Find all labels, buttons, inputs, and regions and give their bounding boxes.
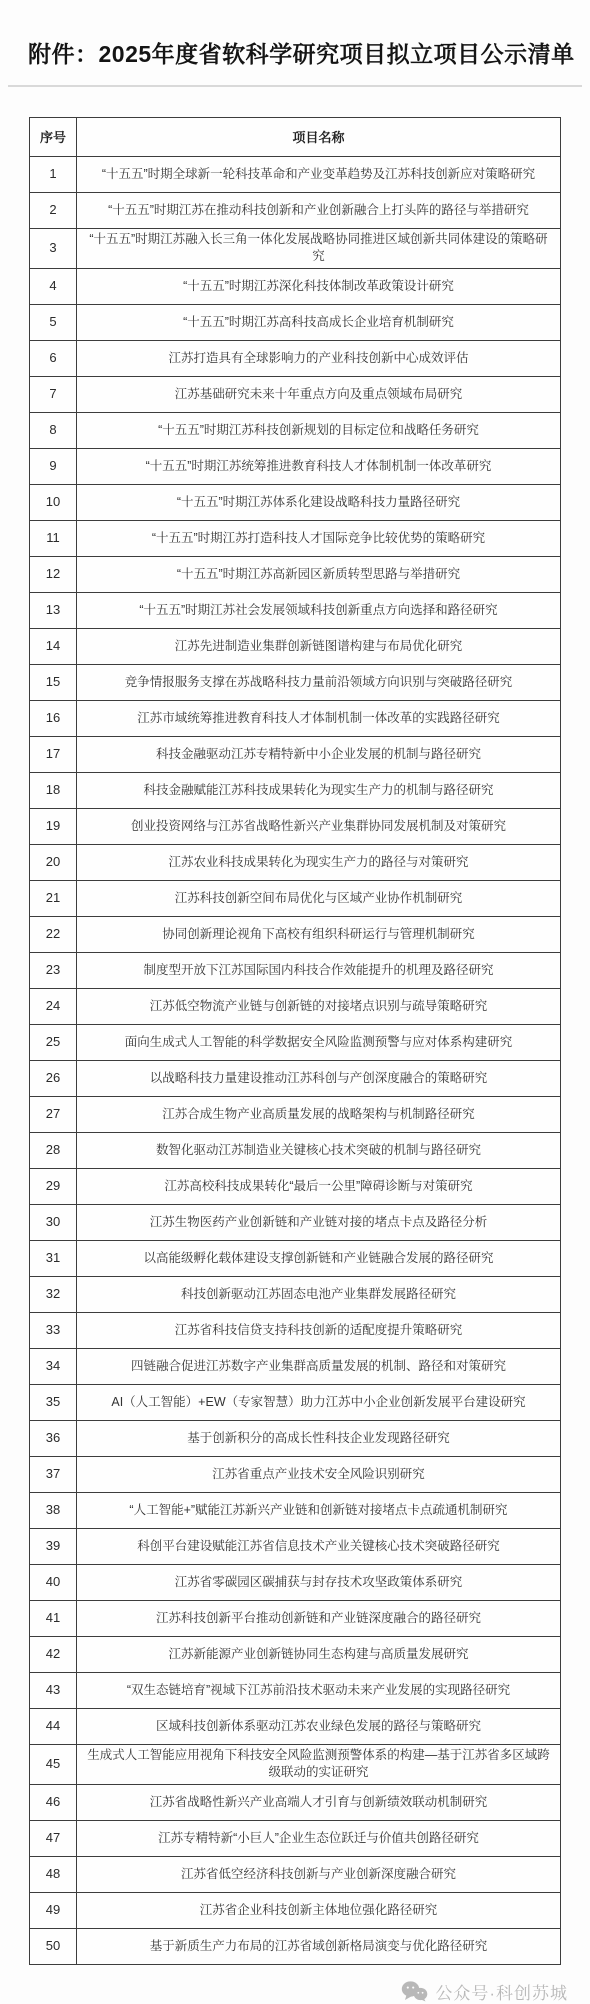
project-name: AI（人工智能）+EW（专家智慧）助力江苏中小企业创新发展平台建设研究 (77, 1384, 561, 1420)
table-row: 9“十五五”时期江苏统筹推进教育科技人才体制机制一体改革研究 (30, 448, 561, 484)
row-number: 1 (30, 156, 77, 192)
table-row: 3“十五五”时期江苏融入长三角一体化发展战略协同推进区域创新共同体建设的策略研究 (30, 228, 561, 268)
table-row: 19创业投资网络与江苏省战略性新兴产业集群协同发展机制及对策研究 (30, 808, 561, 844)
table-row: 2“十五五”时期江苏在推动科技创新和产业创新融合上打头阵的路径与举措研究 (30, 192, 561, 228)
project-name: “十五五”时期江苏科技创新规划的目标定位和战略任务研究 (77, 412, 561, 448)
table-row: 25面向生成式人工智能的科学数据安全风险监测预警与应对体系构建研究 (30, 1024, 561, 1060)
project-name: 江苏省零碳园区碳捕获与封存技术攻坚政策体系研究 (77, 1564, 561, 1600)
project-name: 江苏科技创新空间布局优化与区域产业协作机制研究 (77, 880, 561, 916)
table-row: 42江苏新能源产业创新链协同生态构建与高质量发展研究 (30, 1636, 561, 1672)
row-number: 36 (30, 1420, 77, 1456)
row-number: 29 (30, 1168, 77, 1204)
row-number: 18 (30, 772, 77, 808)
project-name: 科技金融赋能江苏科技成果转化为现实生产力的机制与路径研究 (77, 772, 561, 808)
table-row: 10“十五五”时期江苏体系化建设战略科技力量路径研究 (30, 484, 561, 520)
table-row: 16江苏市域统筹推进教育科技人才体制机制一体改革的实践路径研究 (30, 700, 561, 736)
project-name: “人工智能+”赋能江苏新兴产业链和创新链对接堵点卡点疏通机制研究 (77, 1492, 561, 1528)
table-row: 33江苏省科技信贷支持科技创新的适配度提升策略研究 (30, 1312, 561, 1348)
row-number: 26 (30, 1060, 77, 1096)
row-number: 27 (30, 1096, 77, 1132)
project-name: “十五五”时期江苏深化科技体制改革政策设计研究 (77, 268, 561, 304)
table-row: 22协同创新理论视角下高校有组织科研运行与管理机制研究 (30, 916, 561, 952)
table-row: 43“双生态链培育”视域下江苏前沿技术驱动未来产业发展的实现路径研究 (30, 1672, 561, 1708)
table-row: 40江苏省零碳园区碳捕获与封存技术攻坚政策体系研究 (30, 1564, 561, 1600)
row-number: 19 (30, 808, 77, 844)
table-row: 26以战略科技力量建设推动江苏科创与产创深度融合的策略研究 (30, 1060, 561, 1096)
project-name: 科技金融驱动江苏专精特新中小企业发展的机制与路径研究 (77, 736, 561, 772)
row-number: 42 (30, 1636, 77, 1672)
project-name: “十五五”时期江苏高新园区新质转型思路与举措研究 (77, 556, 561, 592)
watermark-text: 公众号·科创苏城 (435, 1979, 568, 2004)
project-name: 江苏生物医药产业创新链和产业链对接的堵点卡点及路径分析 (77, 1204, 561, 1240)
row-number: 32 (30, 1276, 77, 1312)
row-number: 40 (30, 1564, 77, 1600)
title-divider (8, 85, 582, 87)
project-name: “十五五”时期江苏高科技高成长企业培育机制研究 (77, 304, 561, 340)
row-number: 10 (30, 484, 77, 520)
table-row: 20江苏农业科技成果转化为现实生产力的路径与对策研究 (30, 844, 561, 880)
project-name: 江苏科技创新平台推动创新链和产业链深度融合的路径研究 (77, 1600, 561, 1636)
row-number: 20 (30, 844, 77, 880)
row-number: 9 (30, 448, 77, 484)
row-number: 28 (30, 1132, 77, 1168)
table-row: 48江苏省低空经济科技创新与产业创新深度融合研究 (30, 1856, 561, 1892)
project-name: 江苏专精特新“小巨人”企业生态位跃迁与价值共创路径研究 (77, 1820, 561, 1856)
project-name: 生成式人工智能应用视角下科技安全风险监测预警体系的构建—基于江苏省多区域跨级联动… (77, 1744, 561, 1784)
table-header-row: 序号 项目名称 (30, 117, 561, 156)
row-number: 11 (30, 520, 77, 556)
table-row: 28数智化驱动江苏制造业关键核心技术突破的机制与路径研究 (30, 1132, 561, 1168)
row-number: 14 (30, 628, 77, 664)
project-name: 江苏省企业科技创新主体地位强化路径研究 (77, 1892, 561, 1928)
table-row: 37江苏省重点产业技术安全风险识别研究 (30, 1456, 561, 1492)
row-number: 22 (30, 916, 77, 952)
project-name: 创业投资网络与江苏省战略性新兴产业集群协同发展机制及对策研究 (77, 808, 561, 844)
project-name: 基于新质生产力布局的江苏省域创新格局演变与优化路径研究 (77, 1928, 561, 1964)
table-row: 29江苏高校科技成果转化“最后一公里”障碍诊断与对策研究 (30, 1168, 561, 1204)
row-number: 7 (30, 376, 77, 412)
table-row: 30江苏生物医药产业创新链和产业链对接的堵点卡点及路径分析 (30, 1204, 561, 1240)
project-name: “十五五”时期江苏打造科技人才国际竞争比较优势的策略研究 (77, 520, 561, 556)
table-row: 15竞争情报服务支撑在苏战略科技力量前沿领域方向识别与突破路径研究 (30, 664, 561, 700)
project-name: 四链融合促进江苏数字产业集群高质量发展的机制、路径和对策研究 (77, 1348, 561, 1384)
table-row: 12“十五五”时期江苏高新园区新质转型思路与举措研究 (30, 556, 561, 592)
watermark: 公众号·科创苏城 (0, 1979, 590, 2004)
row-number: 39 (30, 1528, 77, 1564)
project-name: 江苏省低空经济科技创新与产业创新深度融合研究 (77, 1856, 561, 1892)
table-row: 49江苏省企业科技创新主体地位强化路径研究 (30, 1892, 561, 1928)
row-number: 24 (30, 988, 77, 1024)
project-name: 科技创新驱动江苏固态电池产业集群发展路径研究 (77, 1276, 561, 1312)
project-name: 江苏省重点产业技术安全风险识别研究 (77, 1456, 561, 1492)
page-title: 附件：2025年度省软科学研究项目拟立项目公示清单 (28, 40, 576, 70)
table-row: 38“人工智能+”赋能江苏新兴产业链和创新链对接堵点卡点疏通机制研究 (30, 1492, 561, 1528)
project-name: 江苏市域统筹推进教育科技人才体制机制一体改革的实践路径研究 (77, 700, 561, 736)
row-number: 38 (30, 1492, 77, 1528)
row-number: 30 (30, 1204, 77, 1240)
row-number: 15 (30, 664, 77, 700)
project-name: 科创平台建设赋能江苏省信息技术产业关键核心技术突破路径研究 (77, 1528, 561, 1564)
row-number: 49 (30, 1892, 77, 1928)
project-name: 数智化驱动江苏制造业关键核心技术突破的机制与路径研究 (77, 1132, 561, 1168)
table-row: 32科技创新驱动江苏固态电池产业集群发展路径研究 (30, 1276, 561, 1312)
row-number: 13 (30, 592, 77, 628)
table-row: 18科技金融赋能江苏科技成果转化为现实生产力的机制与路径研究 (30, 772, 561, 808)
table-row: 21江苏科技创新空间布局优化与区域产业协作机制研究 (30, 880, 561, 916)
wechat-icon (401, 1981, 428, 2002)
row-number: 33 (30, 1312, 77, 1348)
project-name: 江苏先进制造业集群创新链图谱构建与布局优化研究 (77, 628, 561, 664)
row-number: 48 (30, 1856, 77, 1892)
table-row: 13“十五五”时期江苏社会发展领域科技创新重点方向选择和路径研究 (30, 592, 561, 628)
project-name: 江苏合成生物产业高质量发展的战略架构与机制路径研究 (77, 1096, 561, 1132)
table-row: 14江苏先进制造业集群创新链图谱构建与布局优化研究 (30, 628, 561, 664)
header-index: 序号 (30, 117, 77, 156)
project-name: 江苏省战略性新兴产业高端人才引育与创新绩效联动机制研究 (77, 1784, 561, 1820)
row-number: 5 (30, 304, 77, 340)
project-name: 江苏打造具有全球影响力的产业科技创新中心成效评估 (77, 340, 561, 376)
table-row: 46江苏省战略性新兴产业高端人才引育与创新绩效联动机制研究 (30, 1784, 561, 1820)
project-name: 江苏新能源产业创新链协同生态构建与高质量发展研究 (77, 1636, 561, 1672)
row-number: 23 (30, 952, 77, 988)
row-number: 3 (30, 228, 77, 268)
table-row: 39科创平台建设赋能江苏省信息技术产业关键核心技术突破路径研究 (30, 1528, 561, 1564)
table-row: 11“十五五”时期江苏打造科技人才国际竞争比较优势的策略研究 (30, 520, 561, 556)
project-name: “十五五”时期江苏体系化建设战略科技力量路径研究 (77, 484, 561, 520)
table-row: 47江苏专精特新“小巨人”企业生态位跃迁与价值共创路径研究 (30, 1820, 561, 1856)
project-table: 序号 项目名称 1“十五五”时期全球新一轮科技革命和产业变革趋势及江苏科技创新应… (29, 117, 561, 1965)
row-number: 41 (30, 1600, 77, 1636)
row-number: 34 (30, 1348, 77, 1384)
row-number: 6 (30, 340, 77, 376)
table-row: 35AI（人工智能）+EW（专家智慧）助力江苏中小企业创新发展平台建设研究 (30, 1384, 561, 1420)
header-project-name: 项目名称 (77, 117, 561, 156)
project-name: 江苏省科技信贷支持科技创新的适配度提升策略研究 (77, 1312, 561, 1348)
project-name: 江苏低空物流产业链与创新链的对接堵点识别与疏导策略研究 (77, 988, 561, 1024)
row-number: 16 (30, 700, 77, 736)
table-row: 6江苏打造具有全球影响力的产业科技创新中心成效评估 (30, 340, 561, 376)
row-number: 44 (30, 1708, 77, 1744)
row-number: 47 (30, 1820, 77, 1856)
project-name: 以战略科技力量建设推动江苏科创与产创深度融合的策略研究 (77, 1060, 561, 1096)
document-page: 附件：2025年度省软科学研究项目拟立项目公示清单 序号 项目名称 1“十五五”… (0, 0, 590, 2004)
table-row: 36基于创新积分的高成长性科技企业发现路径研究 (30, 1420, 561, 1456)
table-row: 5“十五五”时期江苏高科技高成长企业培育机制研究 (30, 304, 561, 340)
table-row: 1“十五五”时期全球新一轮科技革命和产业变革趋势及江苏科技创新应对策略研究 (30, 156, 561, 192)
project-name: “十五五”时期全球新一轮科技革命和产业变革趋势及江苏科技创新应对策略研究 (77, 156, 561, 192)
table-row: 34四链融合促进江苏数字产业集群高质量发展的机制、路径和对策研究 (30, 1348, 561, 1384)
table-row: 45生成式人工智能应用视角下科技安全风险监测预警体系的构建—基于江苏省多区域跨级… (30, 1744, 561, 1784)
project-name: “十五五”时期江苏统筹推进教育科技人才体制机制一体改革研究 (77, 448, 561, 484)
project-name: 竞争情报服务支撑在苏战略科技力量前沿领域方向识别与突破路径研究 (77, 664, 561, 700)
table-row: 50基于新质生产力布局的江苏省域创新格局演变与优化路径研究 (30, 1928, 561, 1964)
table-row: 24江苏低空物流产业链与创新链的对接堵点识别与疏导策略研究 (30, 988, 561, 1024)
row-number: 12 (30, 556, 77, 592)
row-number: 31 (30, 1240, 77, 1276)
project-name: 区域科技创新体系驱动江苏农业绿色发展的路径与策略研究 (77, 1708, 561, 1744)
project-name: 江苏基础研究未来十年重点方向及重点领域布局研究 (77, 376, 561, 412)
row-number: 35 (30, 1384, 77, 1420)
table-row: 8“十五五”时期江苏科技创新规划的目标定位和战略任务研究 (30, 412, 561, 448)
row-number: 8 (30, 412, 77, 448)
row-number: 4 (30, 268, 77, 304)
row-number: 45 (30, 1744, 77, 1784)
project-name: 面向生成式人工智能的科学数据安全风险监测预警与应对体系构建研究 (77, 1024, 561, 1060)
project-name: “十五五”时期江苏社会发展领域科技创新重点方向选择和路径研究 (77, 592, 561, 628)
table-row: 27江苏合成生物产业高质量发展的战略架构与机制路径研究 (30, 1096, 561, 1132)
row-number: 37 (30, 1456, 77, 1492)
row-number: 21 (30, 880, 77, 916)
project-name: 制度型开放下江苏国际国内科技合作效能提升的机理及路径研究 (77, 952, 561, 988)
row-number: 2 (30, 192, 77, 228)
table-row: 4“十五五”时期江苏深化科技体制改革政策设计研究 (30, 268, 561, 304)
table-row: 41江苏科技创新平台推动创新链和产业链深度融合的路径研究 (30, 1600, 561, 1636)
project-name: 江苏高校科技成果转化“最后一公里”障碍诊断与对策研究 (77, 1168, 561, 1204)
table-row: 17科技金融驱动江苏专精特新中小企业发展的机制与路径研究 (30, 736, 561, 772)
row-number: 25 (30, 1024, 77, 1060)
project-name: “十五五”时期江苏融入长三角一体化发展战略协同推进区域创新共同体建设的策略研究 (77, 228, 561, 268)
table-row: 44区域科技创新体系驱动江苏农业绿色发展的路径与策略研究 (30, 1708, 561, 1744)
project-name: 协同创新理论视角下高校有组织科研运行与管理机制研究 (77, 916, 561, 952)
row-number: 46 (30, 1784, 77, 1820)
table-row: 31以高能级孵化载体建设支撑创新链和产业链融合发展的路径研究 (30, 1240, 561, 1276)
project-name: 基于创新积分的高成长性科技企业发现路径研究 (77, 1420, 561, 1456)
row-number: 43 (30, 1672, 77, 1708)
project-name: “十五五”时期江苏在推动科技创新和产业创新融合上打头阵的路径与举措研究 (77, 192, 561, 228)
project-name: 以高能级孵化载体建设支撑创新链和产业链融合发展的路径研究 (77, 1240, 561, 1276)
row-number: 50 (30, 1928, 77, 1964)
row-number: 17 (30, 736, 77, 772)
table-row: 7江苏基础研究未来十年重点方向及重点领域布局研究 (30, 376, 561, 412)
table-row: 23制度型开放下江苏国际国内科技合作效能提升的机理及路径研究 (30, 952, 561, 988)
project-name: 江苏农业科技成果转化为现实生产力的路径与对策研究 (77, 844, 561, 880)
project-name: “双生态链培育”视域下江苏前沿技术驱动未来产业发展的实现路径研究 (77, 1672, 561, 1708)
